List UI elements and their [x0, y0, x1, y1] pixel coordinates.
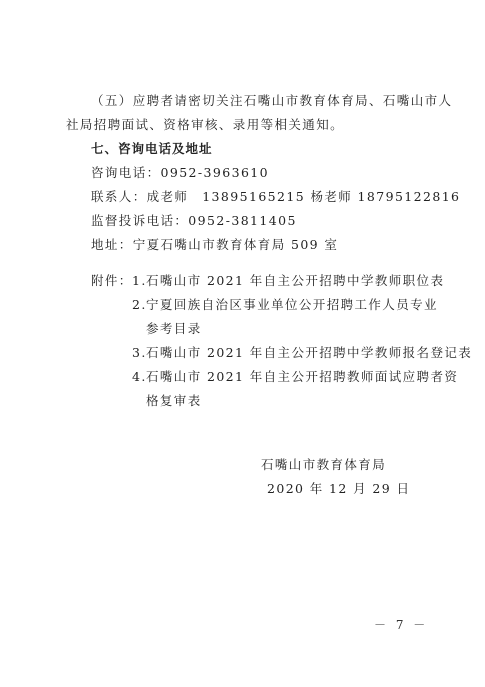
attachment-1-num: 1.	[132, 273, 147, 289]
attachment-2-num: 2.	[132, 297, 147, 313]
attachment-4-title-line1: 石嘴山市 2021 年自主公开招聘教师面试应聘者资	[146, 369, 458, 385]
attachment-2-title-line1: 宁夏回族自治区事业单位公开招聘工作人员专业	[146, 297, 438, 313]
attachment-2-title-line2: 参考目录	[146, 321, 202, 337]
attachment-3-num: 3.	[132, 345, 147, 361]
consult-phone: 咨询电话：0952-3963610	[91, 165, 269, 181]
item5-line1: （五）应聘者请密切关注石嘴山市教育体育局、石嘴山市人	[91, 93, 452, 109]
attachment-4-num: 4.	[132, 369, 147, 385]
address: 地址：宁夏石嘴山市教育体育局 509 室	[91, 237, 338, 253]
signature-org: 石嘴山市教育体育局	[261, 457, 386, 473]
page-number: － 7 －	[374, 616, 428, 633]
signature-date: 2020 年 12 月 29 日	[267, 481, 410, 497]
supervise-phone: 监督投诉电话：0952-3811405	[91, 213, 297, 229]
attachment-4-title-line2: 格复审表	[146, 393, 202, 409]
section7-heading: 七、咨询电话及地址	[91, 141, 213, 157]
item5-line2: 社局招聘面试、资格审核、录用等相关通知。	[66, 117, 344, 133]
contacts: 联系人：成老师 13895165215 杨老师 18795122816	[91, 189, 460, 205]
attachments-label: 附件：	[91, 273, 133, 289]
attachment-1-title: 石嘴山市 2021 年自主公开招聘中学教师职位表	[146, 273, 444, 289]
attachment-3-title: 石嘴山市 2021 年自主公开招聘中学教师报名登记表	[146, 345, 472, 361]
